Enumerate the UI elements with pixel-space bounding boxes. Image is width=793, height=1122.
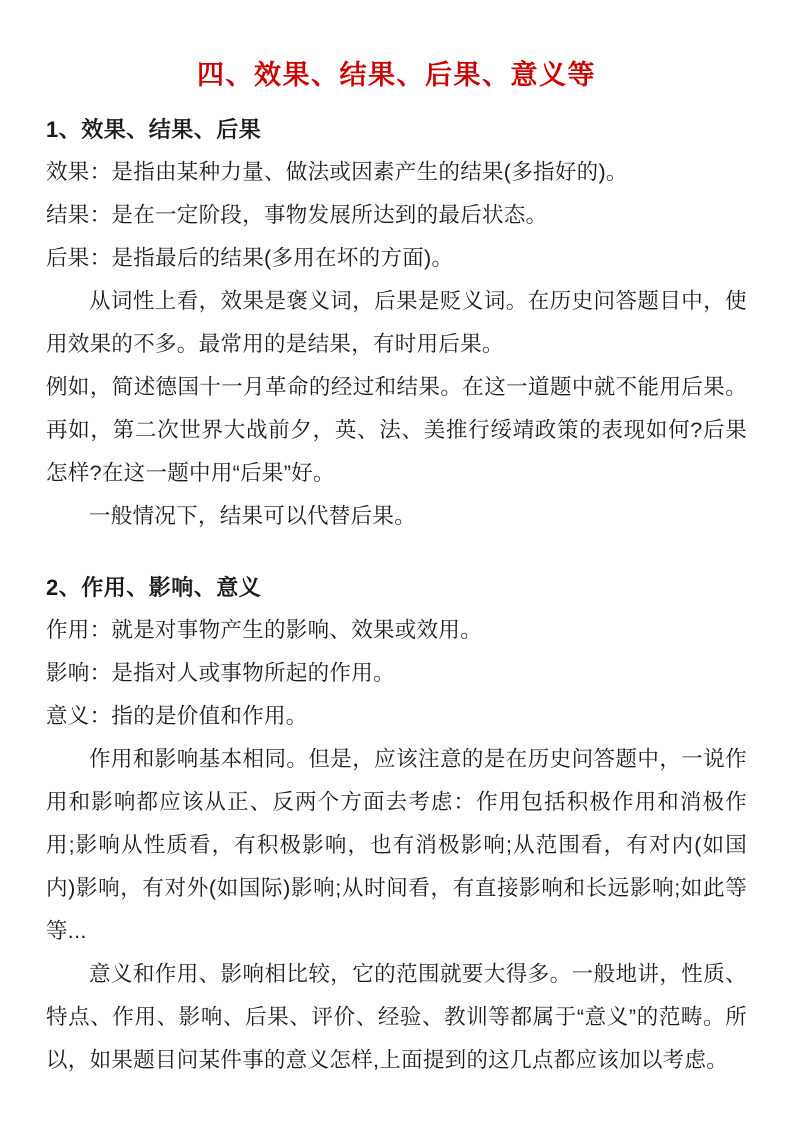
section-zuoyong-yingxiang-yiyi: 2、作用、影响、意义 作用：就是对事物产生的影响、效果或效用。 影响：是指对人或… — [46, 566, 747, 1082]
paragraph-def-yingxiang: 影响：是指对人或事物所起的作用。 — [46, 652, 747, 695]
paragraph-example: 例如，简述德国十一月革命的经过和结果。在这一道题中就不能用后果。再如，第二次世界… — [46, 366, 747, 495]
section-effect-result-houguo: 1、效果、结果、后果 效果：是指由某种力量、做法或因素产生的结果(多指好的)。 … — [46, 108, 747, 538]
document-title: 四、效果、结果、后果、意义等 — [46, 52, 747, 98]
paragraph-def-xiaoguo: 效果：是指由某种力量、做法或因素产生的结果(多指好的)。 — [46, 151, 747, 194]
paragraph-general-rule: 一般情况下，结果可以代替后果。 — [46, 495, 747, 538]
section-2-heading: 2、作用、影响、意义 — [46, 566, 747, 609]
paragraph-def-houguo: 后果：是指最后的结果(多用在坏的方面)。 — [46, 237, 747, 280]
paragraph-def-jieguo: 结果：是在一定阶段，事物发展所达到的最后状态。 — [46, 194, 747, 237]
paragraph-yiyi-scope: 意义和作用、影响相比较，它的范围就要大得多。一般地讲，性质、特点、作用、影响、后… — [46, 953, 747, 1082]
paragraph-def-yiyi: 意义：指的是价值和作用。 — [46, 695, 747, 738]
document-page: 四、效果、结果、后果、意义等 1、效果、结果、后果 效果：是指由某种力量、做法或… — [0, 0, 793, 1122]
paragraph-def-zuoyong: 作用：就是对事物产生的影响、效果或效用。 — [46, 609, 747, 652]
paragraph-zuoyong-vs-yingxiang: 作用和影响基本相同。但是，应该注意的是在历史问答题中，一说作用和影响都应该从正、… — [46, 738, 747, 953]
section-1-heading: 1、效果、结果、后果 — [46, 108, 747, 151]
paragraph-cixing-note: 从词性上看，效果是褒义词，后果是贬义词。在历史问答题目中，使用效果的不多。最常用… — [46, 280, 747, 366]
